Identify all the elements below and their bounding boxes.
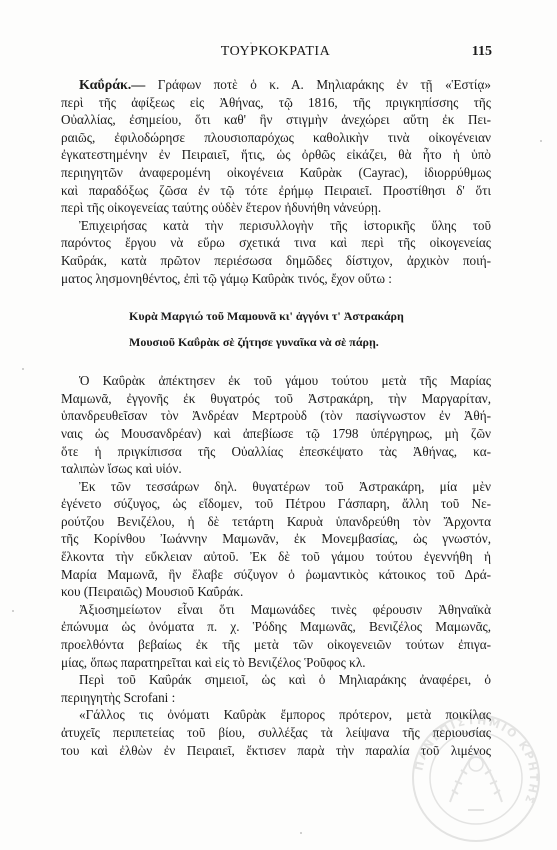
university-seal-icon: ΠΑΝΕΠΙΣΤΗΜΙΟ ΚΡΗΤΗΣ <box>410 712 542 844</box>
text-line: ραιῶς, ἐφιλοδώρησε πλουσιοπαρόχως καθολι… <box>61 129 491 147</box>
running-title: ΤΟΥΡΚΟΚΡΑΤΙΑ <box>61 44 490 60</box>
scan-speck <box>300 832 302 834</box>
text-line: ἐγκατεστημένην ἐν Πειραιεῖ, ἥτις, ὡς ὀρθ… <box>61 146 491 164</box>
text-line: Οὐαλλίας, ἐσημείου, ὅτι καθ' ἣν στιγμὴν … <box>61 111 491 129</box>
text-line: ἐγένετο σύζυγος, ὡς εἴδομεν, τοῦ Πέτρου … <box>61 495 491 513</box>
text-line: Ἐπιχειρήσας κατὰ τὴν περισυλλογὴν τῆς ἱσ… <box>61 217 491 235</box>
paragraph: Περὶ τοῦ Καΰράκ σημειοῖ, ὡς καὶ ὁ Μηλιαρ… <box>61 671 491 706</box>
text-line: περιηγητῶν ἀναφερομένη οἰκογένεια Καΰρὰκ… <box>61 164 491 182</box>
paragraph: Ὁ Καΰρὰκ ἀπέκτησεν ἐκ τοῦ γάμου τούτου μ… <box>61 372 491 478</box>
paragraph: Ἐπιχειρήσας κατὰ τὴν περισυλλογὴν τῆς ἱσ… <box>61 217 491 287</box>
verse-line: Μουσιοῦ Καΰρὰκ σὲ ζήτησε γυναῖκα νὰ σὲ π… <box>129 329 491 355</box>
text-line: ἕλκοντα τὴν εὔκλειαν αὐτοῦ. Ἐκ δὲ τοῦ γά… <box>61 548 491 566</box>
text-line: Ἀξιοσημείωτον εἶναι ὅτι Μαμωνάδες τινὲς … <box>61 601 491 619</box>
verse-couplet: Κυρὰ Μαργιώ τοῦ Μαμουνᾶ κι' ἀγγόνι τ' Ἀσ… <box>61 303 491 355</box>
paragraph: Ἐκ τῶν τεσσάρων δηλ. θυγατέρων τοῦ Ἀστρα… <box>61 478 491 601</box>
text-line: Ἐκ τῶν τεσσάρων δηλ. θυγατέρων τοῦ Ἀστρα… <box>61 478 491 496</box>
scan-speck <box>22 368 24 370</box>
text-line: τῆς Κορίνθου Ἰωάννην Μαμωνᾶν, ἐκ Μονεμβα… <box>61 530 491 548</box>
text-line: ματος λησμονηθέντος, ἐπὶ τῷ γάμῳ Καΰρὰκ … <box>61 270 491 288</box>
running-head: ΤΟΥΡΚΟΚΡΑΤΙΑ 115 <box>61 44 490 64</box>
paragraph: Ἀξιοσημείωτον εἶναι ὅτι Μαμωνάδες τινὲς … <box>61 601 491 671</box>
text-line: Μαρία Μαμωνᾶ, ἣν ἔλαβε σύζυγον ὁ ῥωμαντι… <box>61 566 491 584</box>
text-line: Ὁ Καΰρὰκ ἀπέκτησεν ἐκ τοῦ γάμου τούτου μ… <box>61 372 491 390</box>
section-lead-word: Καΰράκ.— <box>79 78 145 93</box>
text-line: Καΰράκ, κατὰ πρῶτον περιέσωσα δημῶδες δί… <box>61 252 491 270</box>
text-line: καὶ παραδόξως ζῶσα ἐν τῷ τότε ἐρήμῳ Πειρ… <box>61 182 491 200</box>
text-line: Καΰράκ.— Γράφων ποτὲ ὁ κ. Α. Μηλιαράκης … <box>61 76 491 94</box>
scan-speck <box>12 610 14 612</box>
text-line: προελθόντα βεβαίως ἐκ τῆς μετὰ τῶν οἰκογ… <box>61 636 491 654</box>
text-line: ναις ὡς Μουσανδρέαν) καὶ ἀπεβίωσε τῷ 179… <box>61 425 491 443</box>
scan-speck <box>540 140 542 142</box>
text-line: κου (Πειραιῶς) Μουσιοῦ Καΰράκ. <box>61 583 491 601</box>
text-line: ὑπανδρευθεῖσαν τὸν Ἀνδρέαν Μερτροὺδ (τὸν… <box>61 407 491 425</box>
body-text: Καΰράκ.— Γράφων ποτὲ ὁ κ. Α. Μηλιαράκης … <box>61 76 491 759</box>
text-line: ταλιπὼν ἴσως καὶ υἱόν. <box>61 460 491 478</box>
text-line: μίας, ὅπως παρατηρεῖται καὶ εἰς τὸ Βενιζ… <box>61 654 491 672</box>
svg-text:ΠΑΝΕΠΙΣΤΗΜΙΟ ΚΡΗΤΗΣ: ΠΑΝΕΠΙΣΤΗΜΙΟ ΚΡΗΤΗΣ <box>412 714 540 807</box>
scan-speck <box>250 42 252 44</box>
text-line: ὅτε ἡ πριγκίπισσα τῆς Οὐαλλίας ἐπεσκέψατ… <box>61 443 491 461</box>
scan-speck <box>232 380 234 382</box>
text-line: περὶ τῆς οἰκογενείας ταύτης οὐδὲν ἕτερον… <box>61 199 491 217</box>
text-line: παρόντος ἔργου νὰ εὕρω σχετικά τινα καὶ … <box>61 234 491 252</box>
text-line: ρούτζου Βενιζέλου, ἡ δὲ τετάρτη Καρυὰ ὑπ… <box>61 513 491 531</box>
text-line: περὶ τῆς ἀφίξεως εἰς Ἀθήνας, τῷ 1816, τῆ… <box>61 94 491 112</box>
text-line: Μαμωνᾶ, ἐγγονῆς ἐκ θυγατρός τοῦ Ἀστρακάρ… <box>61 390 491 408</box>
scanned-book-page: ΤΟΥΡΚΟΚΡΑΤΙΑ 115 Καΰράκ.— Γράφων ποτὲ ὁ … <box>0 0 557 850</box>
text-line: Περὶ τοῦ Καΰράκ σημειοῖ, ὡς καὶ ὁ Μηλιαρ… <box>61 671 491 689</box>
paragraph: Καΰράκ.— Γράφων ποτὲ ὁ κ. Α. Μηλιαράκης … <box>61 76 491 217</box>
verse-line: Κυρὰ Μαργιώ τοῦ Μαμουνᾶ κι' ἀγγόνι τ' Ἀσ… <box>129 303 491 329</box>
text-line: περιηγητὴς Scrofani : <box>61 689 491 707</box>
text-line: ἐπώνυμα ὡς ὀνόματα π. χ. Ῥόδης Μαμωνᾶς, … <box>61 618 491 636</box>
page-number: 115 <box>472 44 492 60</box>
